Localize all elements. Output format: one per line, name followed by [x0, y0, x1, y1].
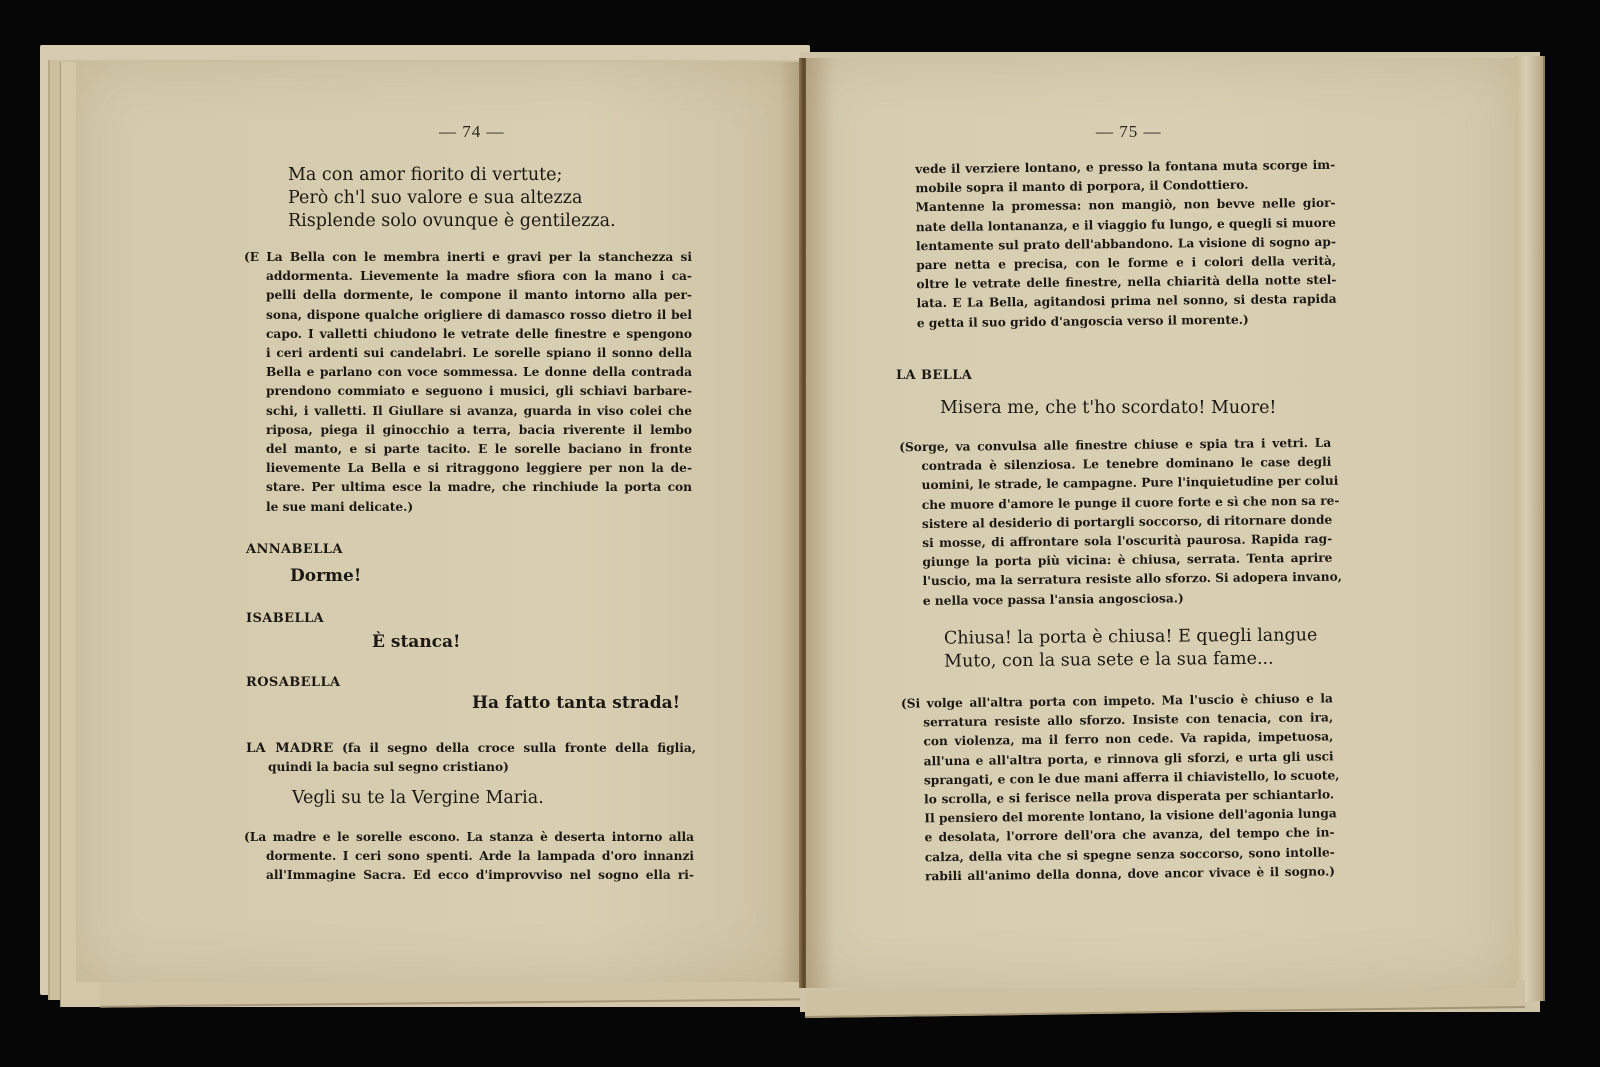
verse-line: Muto, con la sua sete e la sua fame... — [944, 647, 1318, 673]
stage-line: stare. Per ultima esce la madre, che rin… — [244, 478, 692, 497]
verse-line: Risplende solo ovunque è gentilezza. — [288, 210, 616, 233]
stage-direction-right-2: (Sorge, va convulsa alle finestre chiuse… — [899, 434, 1333, 611]
stage-direction-right-1: vede il verziere lontano, e presso la fo… — [915, 156, 1337, 333]
la-madre-block: LA MADRE (fa il segno della croce sulla … — [246, 739, 696, 777]
speech-annabella: Dorme! — [290, 566, 361, 586]
stage-line: schi, i valletti. Il Giullare si avanza,… — [244, 402, 692, 421]
verse-line: Ma con amor fiorito di vertute; — [288, 164, 616, 187]
page-number-right: — 75 — — [1096, 122, 1162, 142]
stage-line: rabili all'animo della donna, dove ancor… — [903, 862, 1335, 886]
stage-line: e nella voce passa l'ansia angosciosa.) — [901, 587, 1333, 611]
speaker-la-madre: LA MADRE — [246, 741, 334, 756]
stage-direction-left-1: (E La Bella con le membra inerti e gravi… — [244, 248, 692, 517]
verse-block-left: Ma con amor fiorito di vertute; Però ch'… — [288, 164, 616, 233]
stage-line: pelli della dormente, le compone il mant… — [244, 286, 692, 305]
verse-line: Chiusa! la porta è chiusa! E quegli lang… — [944, 624, 1318, 650]
verse-line: Però ch'l suo valore e sua altezza — [288, 187, 616, 210]
stage-line: le sue mani delicate.) — [244, 498, 692, 517]
stage-line: all'Immagine Sacra. Ed ecco d'improvviso… — [244, 866, 694, 885]
speech-isabella: È stanca! — [372, 632, 461, 652]
stage-line: capo. I valletti chiudono le vetrate del… — [244, 325, 692, 344]
stage-line: e getta il suo grido d'angoscia verso il… — [917, 309, 1337, 333]
stage-line: (E La Bella con le membra inerti e gravi… — [244, 248, 692, 267]
la-madre-line: LA MADRE (fa il segno della croce sulla … — [246, 739, 696, 758]
speech-rosabella: Ha fatto tanta strada! — [472, 693, 680, 713]
verse-block-right: Chiusa! la porta è chiusa! E quegli lang… — [944, 624, 1318, 673]
stage-line: riposa, piega il ginocchio a terra, baci… — [244, 421, 692, 440]
stage-line: dormente. I ceri sono spenti. Arde la la… — [244, 847, 694, 866]
speech-la-madre: Vegli su te la Vergine Maria. — [292, 788, 544, 808]
photo-scene: — 74 — Ma con amor fiorito di vertute; P… — [0, 0, 1600, 1067]
stage-line: i ceri ardenti sui candelabri. Le sorell… — [244, 344, 692, 363]
la-madre-direction-cont: quindi la bacia sul segno cristiano) — [246, 758, 696, 777]
speaker-la-bella: LA BELLA — [896, 368, 972, 383]
page-stack-right-edge — [1515, 56, 1545, 1001]
stage-direction-right-3: (Si volge all'altra porta con impeto. Ma… — [901, 689, 1335, 886]
stage-line: addormenta. Lievemente la madre sfiora c… — [244, 267, 692, 286]
stage-line: prendono commiato e seguono i musici, gl… — [244, 382, 692, 401]
page-number-left: — 74 — — [439, 122, 505, 142]
right-page: — 75 — vede il verziere lontano, e press… — [806, 58, 1516, 988]
stage-direction-left-2: (La madre e le sorelle escono. La stanza… — [244, 828, 694, 886]
speaker-annabella: ANNABELLA — [246, 542, 343, 557]
stage-line: sona, dispone qualche origliere di damas… — [244, 306, 692, 325]
la-madre-direction: (fa il segno della croce sulla fronte de… — [342, 741, 696, 755]
stage-line: lievemente La Bella e si ritraggono legg… — [244, 459, 692, 478]
stage-line: (La madre e le sorelle escono. La stanza… — [244, 828, 694, 847]
stage-line: del manto, e si parte tacito. E le sorel… — [244, 440, 692, 459]
left-page: — 74 — Ma con amor fiorito di vertute; P… — [76, 62, 801, 982]
speech-la-bella-1: Misera me, che t'ho scordato! Muore! — [940, 398, 1276, 418]
speaker-isabella: ISABELLA — [246, 611, 324, 626]
stage-line: Bella e parlano con voce sommessa. Le do… — [244, 363, 692, 382]
speaker-rosabella: ROSABELLA — [246, 675, 340, 690]
